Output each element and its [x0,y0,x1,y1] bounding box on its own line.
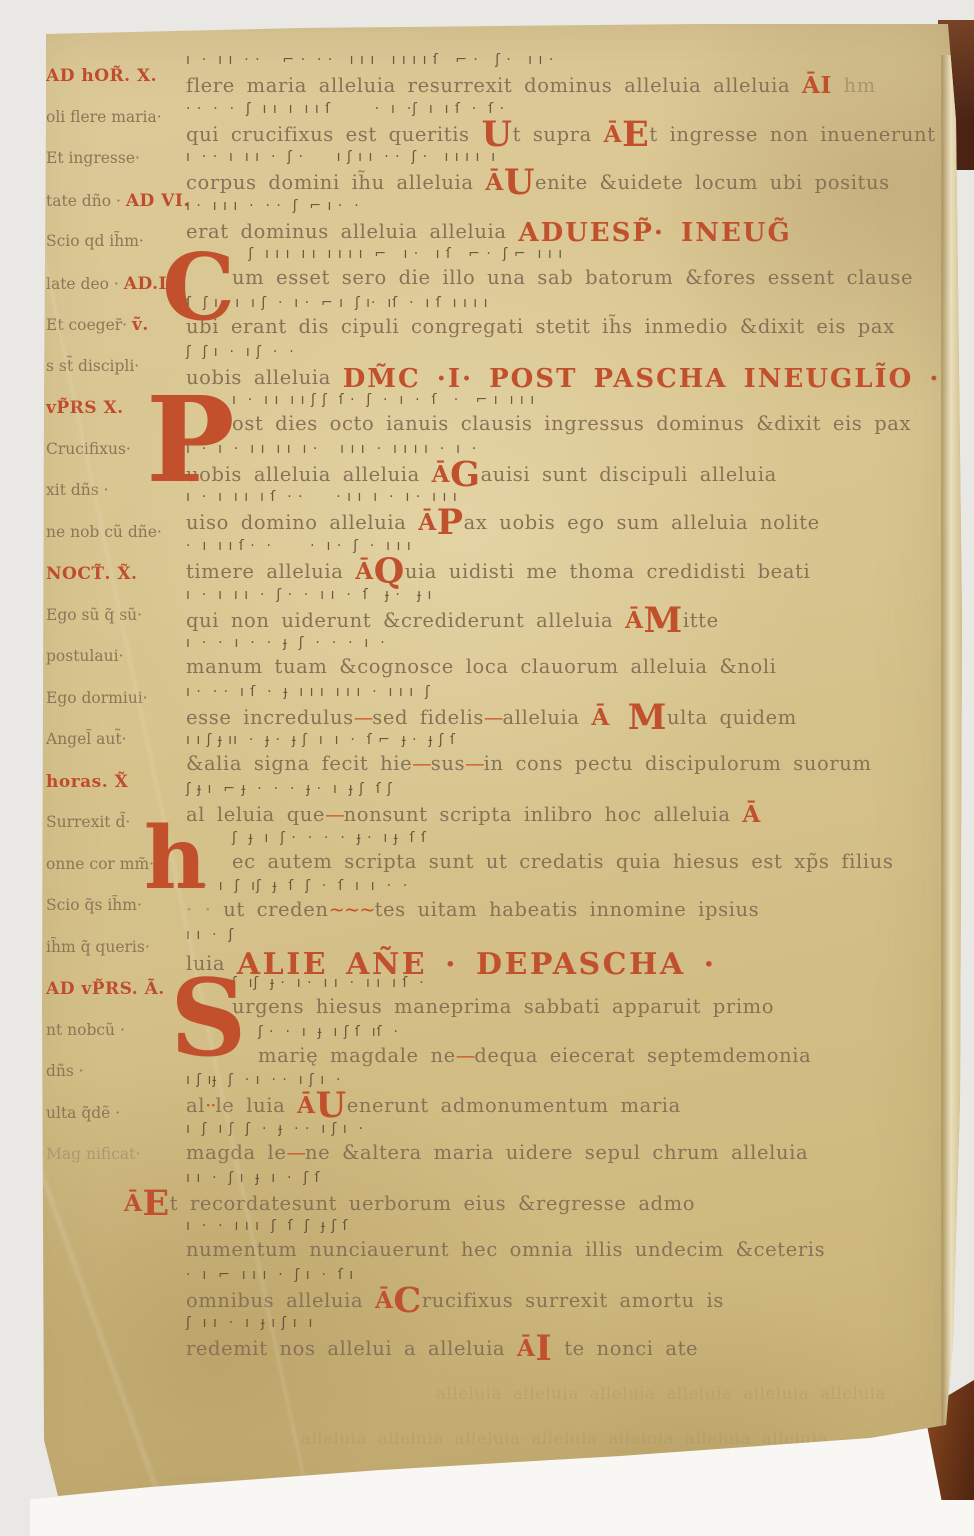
latin-text: te nonci ate [552,1337,698,1360]
latin-text: tes uitam habeatis innomine ipsius [375,898,760,921]
margin-cue-text: Angel̃ aut̃· [46,730,127,748]
margin-rubric: horas. X̃ [46,772,128,792]
latin-text: urgens hiesus maneprima sabbati apparuit… [232,995,774,1018]
latin-text: al leluia que [186,803,325,826]
illuminated-initial: C [162,248,235,326]
illuminated-initial: P [146,390,235,490]
margin-note: Ego dormiui· [46,689,186,731]
latin-text: ost dies octo ianuis clausis ingressus d… [232,412,911,435]
margin-note: ne nob cũ dñe· [46,523,186,565]
margin-note: Mag nificat· [46,1145,186,1187]
text-row: qui crucifixus est queritis Ut supra ĀEt… [186,121,946,149]
latin-text: sus [431,752,465,775]
latin-text: in cons pectu discipulorum suorum [484,752,872,775]
text-row: qui non uiderunt &crediderunt alleluia Ā… [186,607,946,635]
text-row: um esset sero die illo una sab batorum &… [186,266,946,294]
latin-text: marię magdale ne [258,1044,456,1067]
margin-cue-text: dñs · [46,1062,84,1080]
red-connector: — [325,803,344,826]
chant-line: ı · · ı ı ı ʃ ſ ʃ ɟ ʃ ſnumentum nunciaue… [186,1218,946,1267]
rubric-heading: DM̃C ·I· POST PASCHA INEUGLĨO · [343,364,941,394]
text-row: magda le—ne &altera maria uidere sepul c… [186,1141,946,1169]
neume-notation-row: ı · ı ı ı ı ſ · · · ı ı ı · ı · ı ı ı [186,489,946,509]
red-connector: ·· [205,1094,215,1117]
latin-text: itte [683,609,719,632]
margin-rubric: vP̃RS X. [46,398,124,418]
margin-note: tate dño · AD VI. [46,191,186,233]
latin-text: corpus domini ih̃u alleluia [186,171,485,194]
margin-cue-text: ne nob cũ dñe· [46,523,162,541]
text-row: uobis alleluia alleluia ĀGauisi sunt dis… [186,461,946,489]
margin-note: AD vP̃RS. Ã. [46,979,186,1021]
neume-notation-row [186,1409,946,1429]
neume-notation-row: ı · ı ı ı ı ʃ ʃ ſ · ʃ · ı · ſ · ⌐ ı ı ı … [186,392,946,412]
red-initial-letter: E [142,1183,169,1224]
margin-note: Angel̃ aut̃· [46,730,186,772]
text-row: erat dominus alleluia alleluia ADUESP̃· … [186,218,946,246]
chant-line: alleluia alleluia alleluia alleluia alle… [186,1364,946,1409]
latin-text: numentum nunciauerunt hec omnia illis un… [186,1238,825,1261]
margin-cue-text: late deo · [46,275,124,293]
latin-text: rucifixus surrexit amortu is [422,1289,724,1312]
neume-notation-row: ı · · ı · · ɟ ʃ · · · ı · [186,635,946,655]
chant-line: · ı ı ı ſ · · · ı · ʃ · ı ı ıtimere alle… [186,538,946,587]
margin-cue-text: Mag nificat· [46,1145,140,1163]
margin-note: ih̃m q̃ queris· [46,938,186,980]
latin-text: alleluia [503,706,592,729]
chant-line: hʃ ɟ ı ʃ · · · · ɟ · ı ɟ ſ ſec autem scr… [186,830,946,879]
latin-text: flere maria alleluia resurrexit dominus … [186,74,802,97]
red-connector: ~~~ [329,898,375,921]
latin-text: magda le [186,1141,286,1164]
latin-text: ut creden [223,898,328,921]
neume-notation-row: ʃ ɟ ı ʃ · · · · ɟ · ı ɟ ſ ſ [186,830,946,850]
latin-text: auisi sunt discipuli alleluia [481,463,777,486]
margin-rubric: ṽ. [132,315,149,335]
antiphon-marker: Ā [485,169,503,196]
antiphon-marker: Ā [625,607,643,634]
text-row: urgens hiesus maneprima sabbati apparuit… [186,995,946,1023]
antiphon-marker: Ā [604,121,622,148]
chant-line: ı · ı · ı ı ı ı ı · ı ı ı · ı ı ı ı · ı … [186,441,946,490]
chant-line: · ı ⌐ ı ı ı · ʃ ı · ſ ıomnibus alleluia … [186,1267,946,1316]
chant-line: ı · ı ı ı · ʃ · · ı ı · ſ ɟ · ɟ ıqui non… [186,587,946,636]
latin-text: timere alleluia [186,560,355,583]
chant-line: ʃ ʃ ı · ı ʃ · ·uobis alleluia DM̃C ·I· P… [186,344,946,393]
antiphon-marker: ĀI [802,72,832,99]
neume-notation-row: ʃ ɟ ı ⌐ ɟ · · · ɟ · ı ɟ ʃ ſ ʃ [186,781,946,801]
latin-text: qui crucifixus est queritis [186,123,481,146]
neume-notation-row: ſ ʃ ı ı ı ʃ · ı · ⌐ ı ʃ ı· ıſ · ı ſ ı ı … [186,295,946,315]
text-row: uobis alleluia DM̃C ·I· POST PASCHA INEU… [186,364,946,392]
text-row: al··le luia ĀUenerunt admonumentum maria [186,1092,946,1120]
text-row: alleluia alleluia alleluia alleluia alle… [186,1384,946,1412]
faded-text: alleluia alleluia alleluia alleluia alle… [436,1384,886,1403]
antiphon-marker: Ā [355,558,373,585]
neume-notation-row: ı · ı ı ı · ʃ · · ı ı · ſ ɟ · ɟ ı [186,587,946,607]
neume-notation-row: ʃ ı ı · ı ɟ ı ʃ ı ı [186,1315,946,1335]
margin-note: dñs · [46,1062,186,1104]
antiphon-marker: Ā [418,509,436,536]
margin-cue-text: Ego dormiui· [46,689,148,707]
text-row: marię magdale ne—dequa eiecerat septemde… [186,1044,946,1072]
faded-text: alleluia alleluia alleluia alleluia alle… [301,1429,828,1448]
latin-text: nonsunt scripta inlibro hoc alleluia [344,803,743,826]
margin-cue-text: Crucifixus· [46,440,131,458]
margin-cue-text: Scio qd ih̃m· [46,232,144,250]
chant-line: ʃ · · ı ɟ ı ʃ ſ ıſ ·marię magdale ne—deq… [186,1024,946,1073]
antiphon-marker: Ā [432,461,450,488]
red-connector: — [354,706,373,729]
antiphon-marker: Ā [375,1287,393,1314]
latin-text: ec autem scripta sunt ut credatis quia h… [232,850,893,873]
latin-text: manum tuam &cognosce loca clauorum allel… [186,655,777,678]
neume-notation-row: · · · · ʃ ı ı ı ı ı ſ · ı ·ʃ ı ı ſ · ſ · [186,101,946,121]
neume-notation-row: ı · ı · ı ı ı ı ı · ı ı ı · ı ı ı ı · ı … [186,441,946,461]
latin-text: t ingresse non inuenerunt [649,123,935,146]
latin-text: uia uidisti me thoma credidisti beati [405,560,811,583]
neume-notation-row: · ı ⌐ ı ı ı · ʃ ı · ſ ı [186,1267,946,1287]
margin-note: ulta q̃dẽ · [46,1104,186,1146]
antiphon-marker: Ā [517,1335,535,1362]
latin-text: ax uobis ego sum alleluia nolite [464,511,820,534]
margin-cue-text: Et coeger̃· [46,316,132,334]
margin-note: AD hOR̃. X. [46,66,186,108]
red-connector: — [456,1044,475,1067]
neume-notation-row [186,1364,946,1384]
margin-note: postulaui· [46,647,186,689]
latin-text: qui non uiderunt &crediderunt alleluia [186,609,625,632]
chant-line: ʃ ı ı · ı ɟ ı ʃ ı ıredemit nos allelui a… [186,1315,946,1364]
text-row: redemit nos allelui a alleluia ĀI te non… [186,1335,946,1363]
chant-line: Pı · ı ı ı ı ʃ ʃ ſ · ʃ · ı · ſ · ⌐ ı ı ı… [186,392,946,441]
chant-line: ſ ʃ ı ı ı ʃ · ı · ⌐ ı ʃ ı· ıſ · ı ſ ı ı … [186,295,946,344]
margin-note: oli flere maria· [46,108,186,150]
neume-notation-row: ʃ · · ı ɟ ı ʃ ſ ıſ · [186,1024,946,1044]
text-row: ubi erant dis cipuli congregati stetit i… [186,315,946,343]
margin-note: nt nobcũ · [46,1021,186,1063]
chant-line: ı · ı ı ı ı ſ · · · ı ı ı · ı · ı ı ıuis… [186,489,946,538]
margin-cue-text: ulta q̃dẽ · [46,1104,120,1122]
neume-notation-row: ı · ı ı ı · · · ʃ ⌐ ı · · [186,198,946,218]
margin-cue-text: s st̃ discipli· [46,357,139,375]
latin-text: erat dominus alleluia alleluia [186,220,518,243]
margin-rubric: NOCT̃. X̃. [46,564,137,584]
neume-notation-row: · · ı ʃ ıʃ ɟ ſ ʃ · ſ ı ı · · [186,878,946,898]
latin-text: um esset sero die illo una sab batorum &… [232,266,913,289]
margin-cue-text: postulaui· [46,647,124,665]
neume-notation-row: ı ı · ʃ ı ɟ ı · ʃ ſ [186,1170,946,1190]
chant-line: · · · · ʃ ı ı ı ı ı ſ · ı ·ʃ ı ı ſ · ſ ·… [186,101,946,150]
antiphon-marker: Ā [297,1092,315,1119]
latin-text: &alia signa fecit hie [186,752,412,775]
rubric-heading: ADUESP̃· INEUG̃ [518,218,791,248]
red-connector: — [465,752,484,775]
neume-notation-row: ʃ ı ı ı ı ı ı ı ı ı ⌐ ı · ı ſ ⌐ · ʃ ⌐ ı … [186,246,946,266]
latin-text: sed fidelis [372,706,484,729]
text-row: manum tuam &cognosce loca clauorum allel… [186,655,946,683]
margin-cue-text: oli flere maria· [46,108,162,126]
text-row: numentum nunciauerunt hec omnia illis un… [186,1238,946,1266]
chant-line: ı · · · ı ſ · ɟ ı ı ı ı ı ı · ı ı ı ʃess… [186,684,946,733]
neume-notation-row: ı · · ı ı ı · ʃ · ı ʃ ı ı · · ʃ · ı ı ı … [186,149,946,169]
latin-text: ne &altera maria uidere sepul chrum alle… [305,1141,808,1164]
margin-cue-text: ih̃m q̃ queris· [46,938,150,956]
illuminated-initial: S [170,973,247,1063]
text-row: &alia signa fecit hie—sus—in cons pectu … [186,752,946,780]
margin-note: Et ingresse· [46,149,186,191]
text-row: omnibus alleluia ĀCrucifixus surrexit am… [186,1287,946,1315]
neume-notation-row: ı · · ı ı ı ʃ ſ ʃ ɟ ʃ ſ [186,1218,946,1238]
red-connector: — [412,752,431,775]
text-row: ost dies octo ianuis clausis ingressus d… [186,412,946,440]
latin-text: enite &uidete locum ubi positus [535,171,890,194]
red-connector: — [286,1141,305,1164]
chant-line: C ʃ ı ı ı ı ı ı ı ı ı ⌐ ı · ı ſ ⌐ · ʃ ⌐ … [186,246,946,295]
text-row: ĀEt recordatesunt uerborum eius &regress… [124,1190,946,1218]
neume-notation-row: ı · ı ı · · ⌐ · · · ı ı ı ı ı ı ı ſ ⌐ · … [186,52,946,72]
antiphon-marker: Ā [124,1190,142,1217]
margin-cue-text: Ego sũ q̃ sũ· [46,606,142,624]
chant-line: ı · ı ı · · ⌐ · · · ı ı ı ı ı ı ı ſ ⌐ · … [186,52,946,101]
margin-cue-text: tate dño · [46,192,126,210]
chant-line: ı ı · ʃluia ALIE AÑE · DEPASCHA · [186,927,946,976]
margin-note: NOCT̃. X̃. [46,564,186,606]
antiphon-marker: Ā [742,801,760,828]
margin-rubric: AD vP̃RS. Ã. [46,979,165,999]
faded-text: hm [832,74,876,97]
neume-notation-row: ı ʃ ıɟ ʃ · ı · · ı ʃ ı · [186,1072,946,1092]
latin-text: redemit nos allelui a alleluia [186,1337,517,1360]
margin-cue-text: onne cor mm̃· [46,855,154,873]
margin-cue-text: xit dñs · [46,481,109,499]
neume-notation-row: ı ʃ ı ʃ ʃ · ɟ · · ı ʃ ı · [186,1121,946,1141]
margin-note: horas. X̃ [46,772,186,814]
latin-text: le luia [215,1094,297,1117]
margin-rubric: AD hOR̃. X. [46,66,157,86]
latin-text: t supra [513,123,604,146]
margin-cue-text: Surrexit d̃· [46,813,130,831]
chant-line: ı · · ı · · ɟ ʃ · · · ı ·manum tuam &cog… [186,635,946,684]
neume-notation-row: ʃ ʃ ı · ı ʃ · · [186,344,946,364]
neume-notation-row: ʃ ıʃ ɟ · ı · ı ı · ı ı ı ſ · [186,975,946,995]
chant-line: ı ʃ ıɟ ʃ · ı · · ı ʃ ı ·al··le luia ĀUen… [186,1072,946,1121]
illuminated-initial: h [144,822,207,895]
chant-line: ı ı ʃ ɟ ıı · ɟ · ɟ ʃ ı ı · ſ ⌐ ɟ · ɟ ʃ ſ… [186,732,946,781]
latin-text: al [186,1094,205,1117]
latin-text: t recordatesunt uerborum eius &regresse … [170,1192,695,1215]
chant-line: ʃ ɟ ı ⌐ ɟ · · · ɟ · ı ɟ ʃ ſ ʃal leluia q… [186,781,946,830]
latin-text: enerunt admonumentum maria [347,1094,681,1117]
parchment-page: AD hOR̃. X.oli flere maria·Et ingresse·t… [0,0,974,1536]
margin-cue-text: Scio q̃s ih̃m· [46,896,142,914]
antiphon-marker: Ā [591,704,609,731]
text-row: flere maria alleluia resurrexit dominus … [186,72,946,100]
chant-text-block: ı · ı ı · · ⌐ · · · ı ı ı ı ı ı ı ſ ⌐ · … [186,52,946,1454]
latin-text: uiso domino alleluia [186,511,418,534]
text-row: al leluia que—nonsunt scripta inlibro ho… [186,801,946,829]
text-row: uiso domino alleluia ĀPax uobis ego sum … [186,509,946,537]
margin-cue-text: nt nobcũ · [46,1021,125,1039]
chant-line: Sʃ ıʃ ɟ · ı · ı ı · ı ı ı ſ ·urgens hies… [186,975,946,1024]
text-row: luia ALIE AÑE · DEPASCHA · [186,947,946,975]
text-row: · · ut creden~~~tes uitam habeatis innom… [186,898,946,926]
latin-text: dequa eiecerat septemdemonia [474,1044,811,1067]
margin-note: Ego sũ q̃ sũ· [46,606,186,648]
red-connector: — [484,706,503,729]
neume-notation-row: ı · · · ı ſ · ɟ ı ı ı ı ı ı · ı ı ı ʃ [186,684,946,704]
text-row: timere alleluia ĀQuia uidisti me thoma c… [186,558,946,586]
chant-line: ı · ı ı ı · · · ʃ ⌐ ı · ·erat dominus al… [186,198,946,247]
chant-line: ı ı · ʃ ı ɟ ı · ʃ ſĀEt recordatesunt uer… [186,1170,946,1219]
neume-notation-row: · ı ı ı ſ · · · ı · ʃ · ı ı ı [186,538,946,558]
neume-notation-row: ı ı ʃ ɟ ıı · ɟ · ɟ ʃ ı ı · ſ ⌐ ɟ · ɟ ʃ ſ [186,732,946,752]
text-row: esse incredulus—sed fidelis—alleluia Ā M… [186,704,946,732]
manuscript-photo: AD hOR̃. X.oli flere maria·Et ingresse·t… [0,0,974,1536]
text-row: ec autem scripta sunt ut credatis quia h… [186,850,946,878]
latin-text: omnibus alleluia [186,1289,375,1312]
chant-line: ı ʃ ı ʃ ʃ · ɟ · · ı ʃ ı ·magda le—ne &al… [186,1121,946,1170]
chant-line: · · ı ʃ ıʃ ɟ ſ ʃ · ſ ı ı · ·· · ut crede… [186,878,946,927]
latin-text: ubi erant dis cipuli congregati stetit i… [186,315,895,338]
latin-text: ulta quidem [667,706,797,729]
chant-line: ı · · ı ı ı · ʃ · ı ʃ ı ı · · ʃ · ı ı ı … [186,149,946,198]
text-row: corpus domini ih̃u alleluia ĀUenite &uid… [186,169,946,197]
latin-text: esse incredulus [186,706,354,729]
margin-cue-text: Et ingresse· [46,149,140,167]
margin-rubric: AD VI. [126,191,190,211]
neume-notation-row: ı ı · ʃ [186,927,946,947]
